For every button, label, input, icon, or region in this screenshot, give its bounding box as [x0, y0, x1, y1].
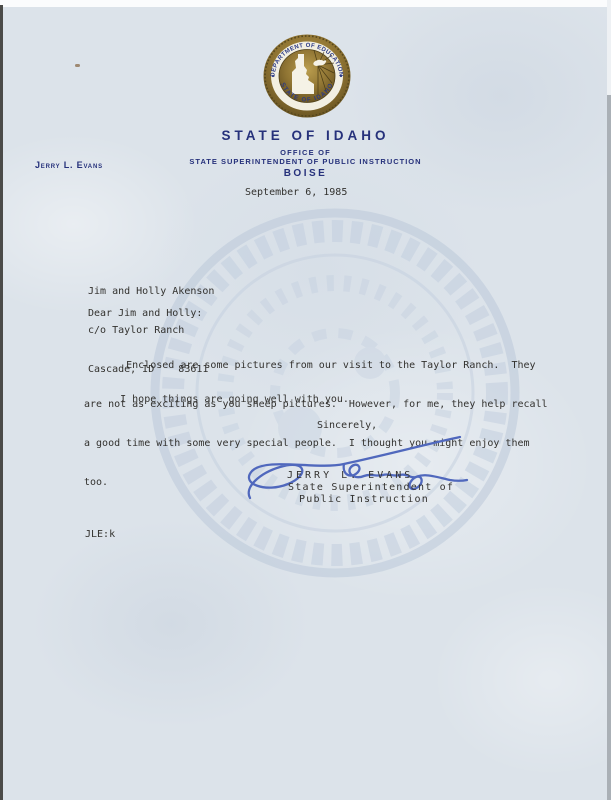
- scan-edge-top: [0, 0, 611, 7]
- paper-speck: [75, 64, 80, 67]
- body-line: Enclosed are some pictures from our visi…: [84, 359, 548, 372]
- letter-date: September 6, 1985: [245, 186, 347, 199]
- scan-edge-right-top: [607, 0, 611, 95]
- letterhead-office-line1: OFFICE OF: [0, 148, 611, 157]
- address-line: Jim and Holly Akenson: [88, 285, 214, 298]
- reference-initials: JLE:k: [85, 528, 115, 541]
- letterhead-state-title: STATE OF IDAHO: [0, 128, 611, 143]
- scanned-letter-page: DEPARTMENT OF EDUCATION STATE OF IDAHO S…: [0, 0, 611, 800]
- letterhead-officer-name: Jerry L. Evans: [35, 160, 103, 170]
- body-paragraph-2: I hope things are going well with you.: [84, 393, 349, 406]
- scan-edge-right: [607, 95, 611, 800]
- salutation: Dear Jim and Holly:: [88, 307, 202, 320]
- idaho-department-of-education-seal-icon: DEPARTMENT OF EDUCATION STATE OF IDAHO: [262, 33, 352, 119]
- signature-title-line2: Public Instruction: [299, 493, 429, 506]
- scan-edge-left: [0, 5, 3, 800]
